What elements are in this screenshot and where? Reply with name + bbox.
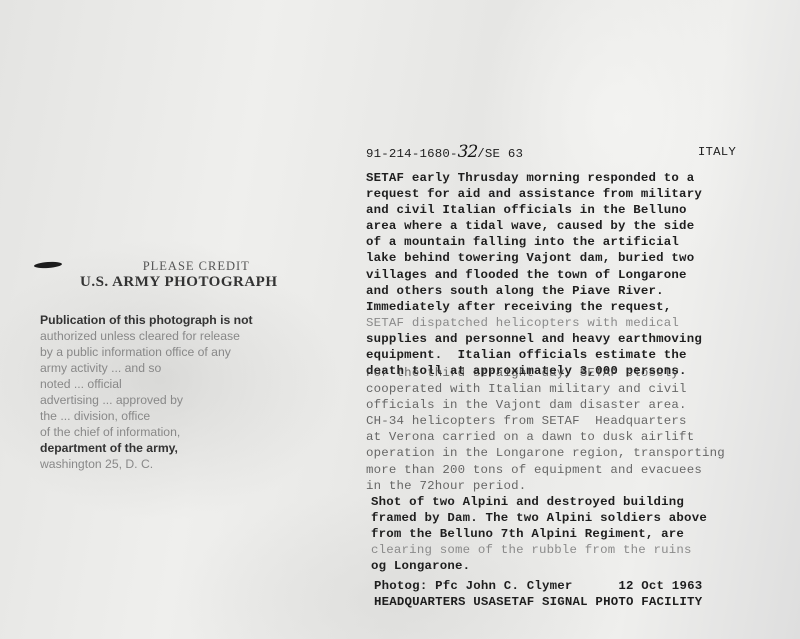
notice-line: noted ... official bbox=[40, 377, 122, 391]
text-line: clearing some of the rubble from the rui… bbox=[371, 543, 692, 557]
photo-date: 12 Oct 1963 bbox=[618, 579, 702, 593]
text-line: from the Belluno 7th Alpini Regiment, ar… bbox=[371, 527, 684, 541]
publication-notice: Publication of this photograph is not au… bbox=[40, 312, 253, 472]
reference-suffix: /SE 63 bbox=[477, 147, 523, 161]
notice-line: by a public information office of any bbox=[40, 345, 231, 359]
stamp-army-photograph: U.S. ARMY PHOTOGRAPH bbox=[80, 274, 278, 291]
text-line: cooperated with Italian military and civ… bbox=[366, 382, 687, 396]
country-label: ITALY bbox=[698, 144, 736, 160]
text-line: request for aid and assistance from mili… bbox=[366, 187, 702, 201]
notice-line: authorized unless cleared for release bbox=[40, 329, 240, 343]
text-line: more than 200 tons of equipment and evac… bbox=[366, 463, 702, 477]
handwritten-number: 32 bbox=[458, 142, 478, 162]
photographer: Photog: Pfc John C. Clymer bbox=[374, 579, 573, 593]
notice-line: of the chief of information, bbox=[40, 425, 180, 439]
text-line: lake behind towering Vajont dam, buried … bbox=[366, 251, 694, 265]
text-line: in the 72hour period. bbox=[366, 479, 526, 493]
caption-paragraph-1: SETAF early Thrusday morning responded t… bbox=[366, 170, 702, 379]
text-line: and others south along the Piave River. bbox=[366, 284, 664, 298]
credit-stamp: PLEASE CREDIT U.S. ARMY PHOTOGRAPH bbox=[80, 259, 278, 291]
photo-credit: Photog: Pfc John C. Clymer 12 Oct 1963 H… bbox=[374, 578, 702, 610]
notice-line: washington 25, D. C. bbox=[40, 457, 153, 471]
text-line: supplies and personnel and heavy earthmo… bbox=[366, 332, 702, 346]
text-line: SETAF early Thrusday morning responded t… bbox=[366, 171, 694, 185]
ink-smudge bbox=[34, 261, 62, 269]
text-line: operation in the Longarone region, trans… bbox=[366, 446, 725, 460]
text-line: of a mountain falling into the artificia… bbox=[366, 235, 679, 249]
text-line: at Verona carried on a dawn to dusk airl… bbox=[366, 430, 694, 444]
notice-line: Publication of this photograph is not bbox=[40, 313, 253, 327]
text-line: and civil Italian officials in the Bellu… bbox=[366, 203, 687, 217]
text-line: Immediately after receiving the request, bbox=[366, 300, 671, 314]
text-line: area where a tidal wave, caused by the s… bbox=[366, 219, 694, 233]
text-line: For the third straight day, SETAF closel… bbox=[366, 366, 679, 380]
text-line: Shot of two Alpini and destroyed buildin… bbox=[371, 495, 684, 509]
text-line: villages and flooded the town of Longaro… bbox=[366, 268, 687, 282]
notice-line: army activity ... and so bbox=[40, 361, 161, 375]
facility: HEADQUARTERS USASETAF SIGNAL PHOTO FACIL… bbox=[374, 595, 702, 609]
notice-line: advertising ... approved by bbox=[40, 393, 183, 407]
notice-line: department of the army, bbox=[40, 441, 178, 455]
caption-paragraph-2: For the third straight day, SETAF closel… bbox=[366, 365, 725, 494]
text-line: equipment. Italian officials estimate th… bbox=[366, 348, 687, 362]
text-line: CH-34 helicopters from SETAF Headquarter… bbox=[366, 414, 687, 428]
reference-prefix: 91-214-1680- bbox=[366, 147, 458, 161]
notice-line: the ... division, office bbox=[40, 409, 150, 423]
caption-paragraph-3: Shot of two Alpini and destroyed buildin… bbox=[371, 494, 707, 574]
text-line: officials in the Vajont dam disaster are… bbox=[366, 398, 687, 412]
text-line: og Longarone. bbox=[371, 559, 470, 573]
text-line: SETAF dispatched helicopters with medica… bbox=[366, 316, 679, 330]
text-line: framed by Dam. The two Alpini soldiers a… bbox=[371, 511, 707, 525]
document-header: 91-214-1680-32/SE 63ITALY bbox=[366, 144, 736, 162]
stamp-please-credit: PLEASE CREDIT bbox=[115, 259, 278, 274]
